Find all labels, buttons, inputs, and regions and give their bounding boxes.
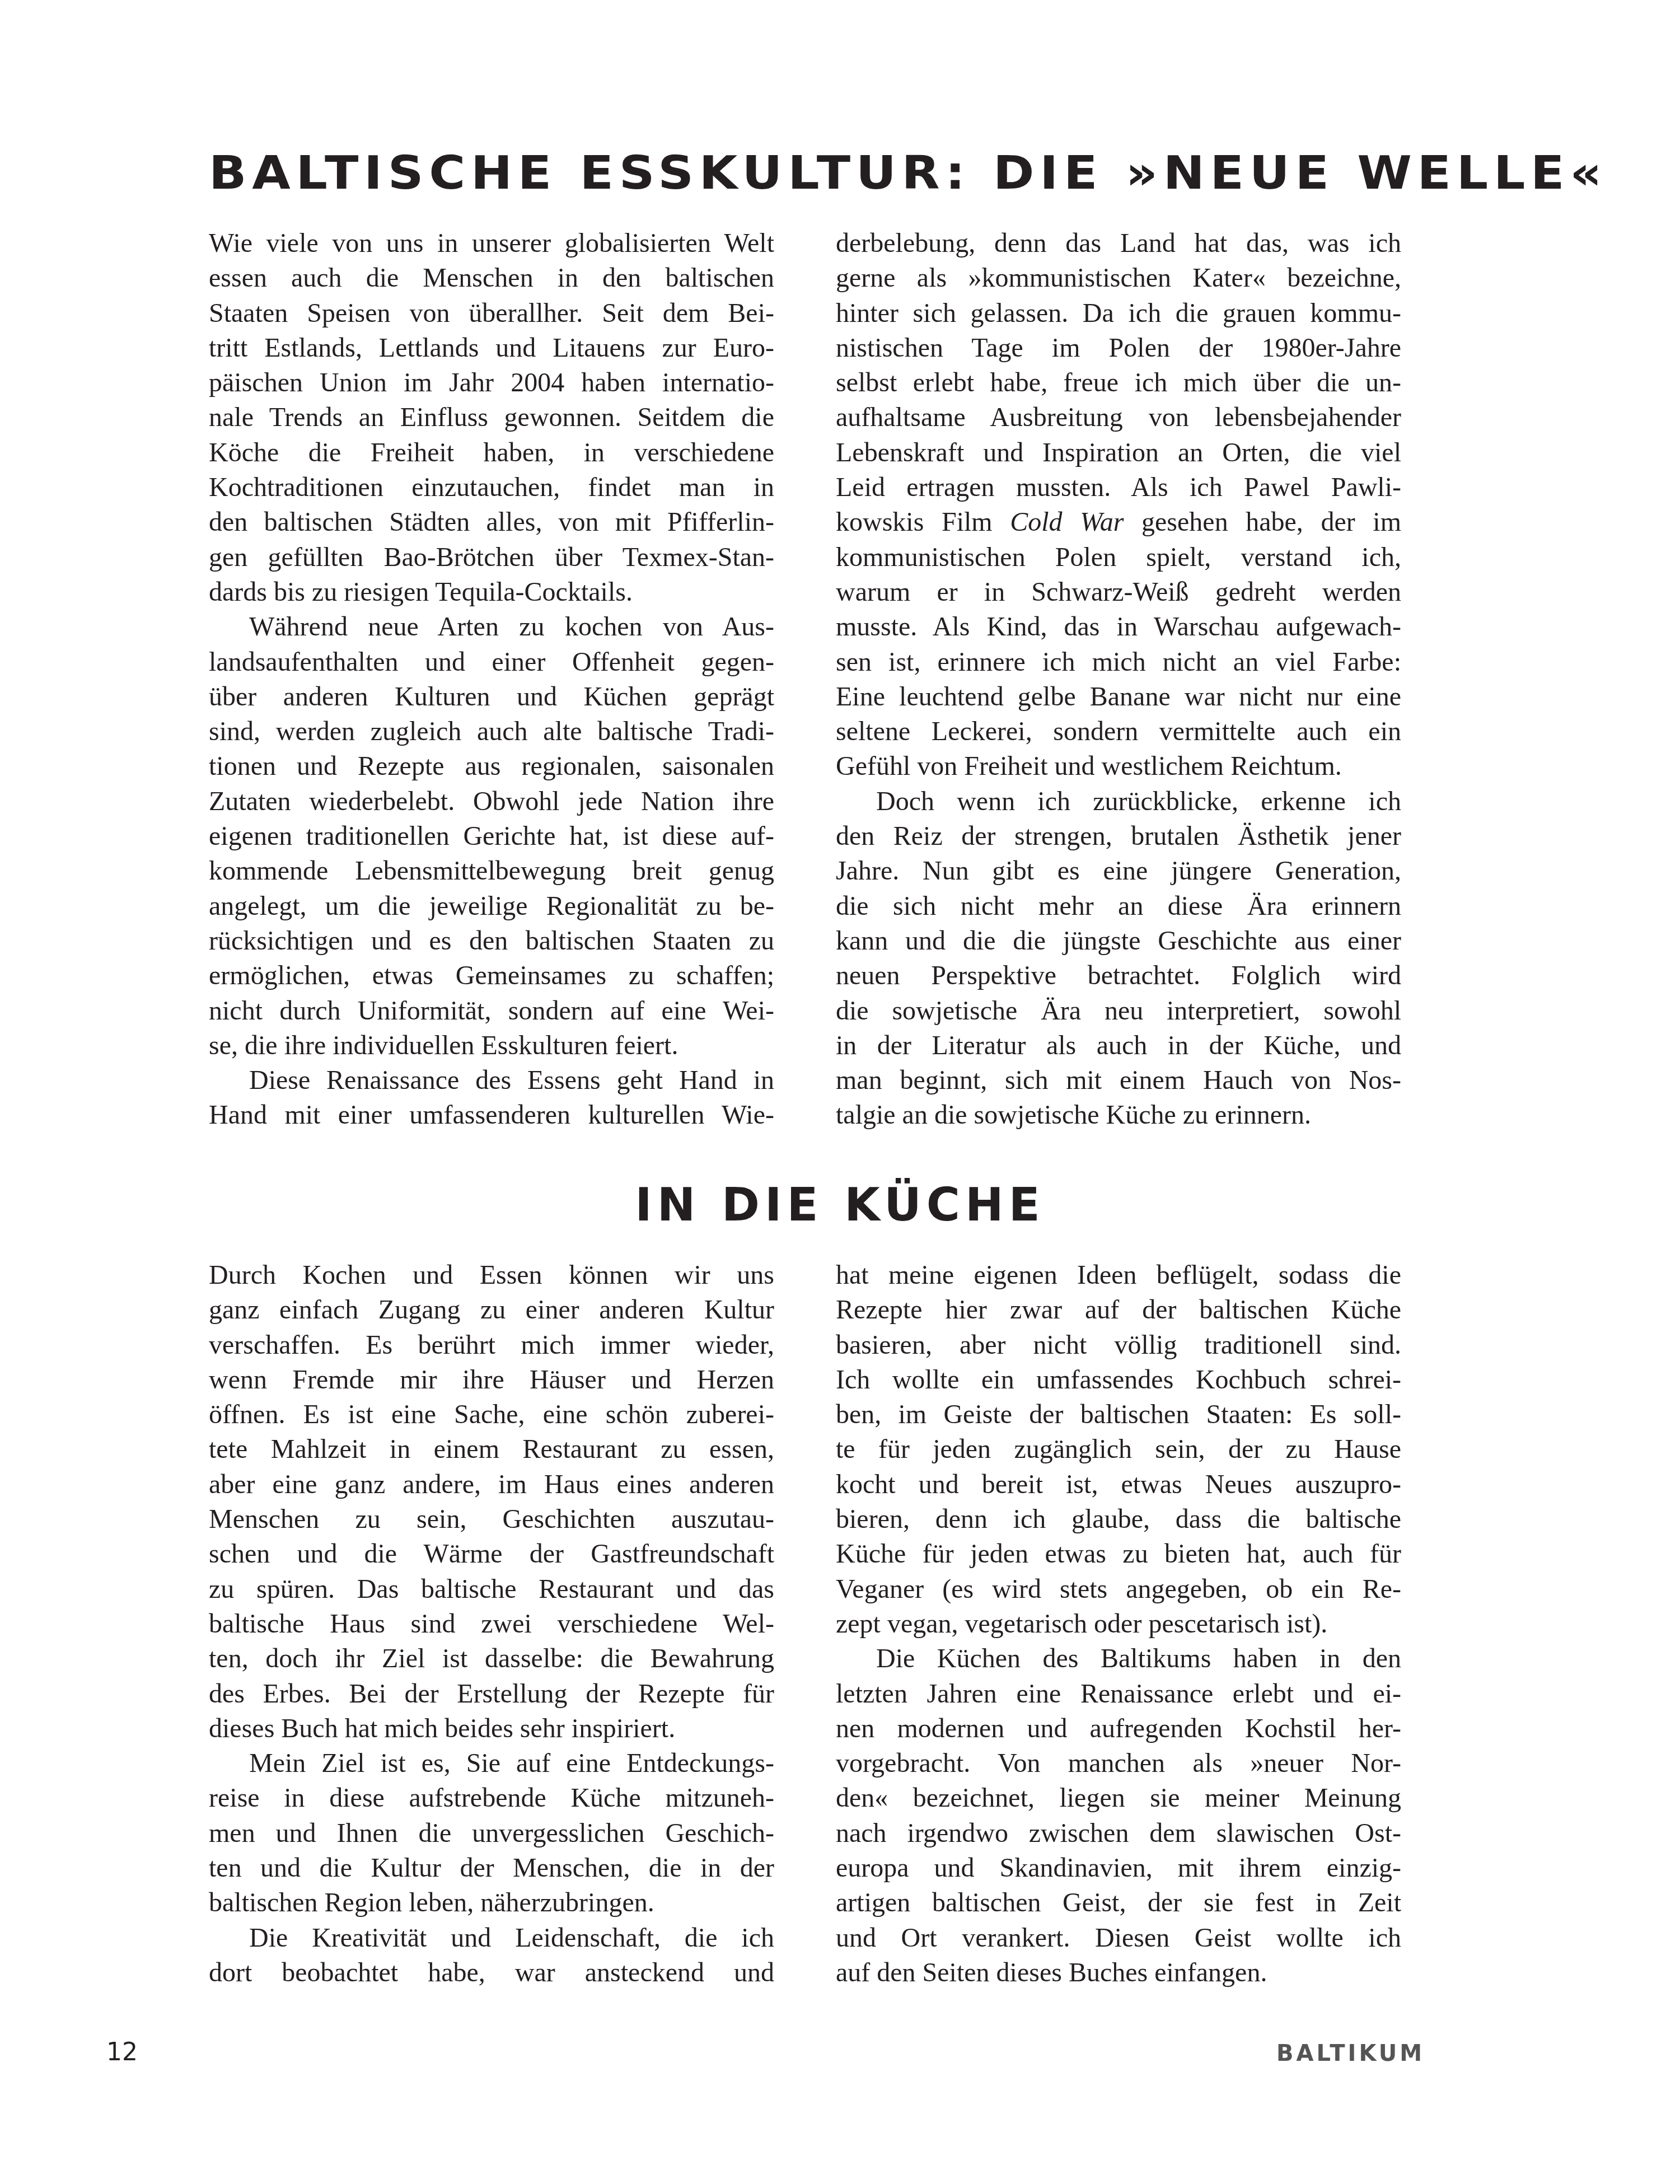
text-line: verschaffen. Es berührt mich immer wiede… bbox=[209, 1328, 774, 1363]
text-line: gerne als »kommunistischen Kater« bezeic… bbox=[836, 261, 1401, 296]
text-line: aufhaltsame Ausbreitung von lebensbejahe… bbox=[836, 400, 1401, 435]
text-line: Mein Ziel ist es, Sie auf eine Entdeckun… bbox=[209, 1746, 774, 1781]
text-line: eigenen traditionellen Gerichte hat, ist… bbox=[209, 819, 774, 854]
text-line: zept vegan, vegetarisch oder pescetarisc… bbox=[836, 1607, 1401, 1641]
text-line: hat meine eigenen Ideen beflügelt, sodas… bbox=[836, 1258, 1401, 1293]
text-line: vorgebracht. Von manchen als »neuer Nor- bbox=[836, 1746, 1401, 1781]
page-number: 12 bbox=[106, 2038, 138, 2066]
text-line: Ich wollte ein umfassendes Kochbuch schr… bbox=[836, 1363, 1401, 1397]
text-line: des Erbes. Bei der Erstellung der Rezept… bbox=[209, 1677, 774, 1711]
text-line: Kochtraditionen einzutauchen, findet man… bbox=[209, 470, 774, 505]
text-line: derbelebung, denn das Land hat das, was … bbox=[836, 226, 1401, 261]
text-line: zu spüren. Das baltische Restaurant und … bbox=[209, 1572, 774, 1607]
text-line: Die Küchen des Baltikums haben in den bbox=[836, 1641, 1401, 1676]
text-line: baltischen Region leben, näherzubringen. bbox=[209, 1886, 774, 1920]
text-line: aber eine ganz andere, im Haus eines and… bbox=[209, 1467, 774, 1502]
text-line: den Reiz der strengen, brutalen Ästhetik… bbox=[836, 819, 1401, 854]
text-line: selbst erlebt habe, freue ich mich über … bbox=[836, 366, 1401, 400]
text-line: den baltischen Städten alles, von mit Pf… bbox=[209, 505, 774, 540]
text-line: musste. Als Kind, das in Warschau aufgew… bbox=[836, 610, 1401, 644]
section1-column-left: Wie viele von uns in unserer globalisier… bbox=[209, 226, 774, 1133]
text-line: essen auch die Menschen in den baltische… bbox=[209, 261, 774, 296]
text-line: kommunistischen Polen spielt, verstand i… bbox=[836, 540, 1401, 575]
text-line: kocht und bereit ist, etwas Neues auszup… bbox=[836, 1467, 1401, 1502]
text-line: Küche für jeden etwas zu bieten hat, auc… bbox=[836, 1537, 1401, 1572]
text-line: rücksichtigen und es den baltischen Staa… bbox=[209, 924, 774, 958]
text-line: ganz einfach Zugang zu einer anderen Kul… bbox=[209, 1293, 774, 1327]
text-line: Menschen zu sein, Geschichten auszutau- bbox=[209, 1502, 774, 1537]
text-line: Lebenskraft und Inspiration an Orten, di… bbox=[836, 436, 1401, 470]
text-line: talgie an die sowjetische Küche zu erinn… bbox=[836, 1098, 1401, 1133]
text-line: se, die ihre individuellen Esskulturen f… bbox=[209, 1028, 774, 1063]
text-line: den« bezeichnet, liegen sie meiner Meinu… bbox=[836, 1781, 1401, 1816]
text-line: Die Kreativität und Leidenschaft, die ic… bbox=[209, 1921, 774, 1956]
text-line: ben, im Geiste der baltischen Staaten: E… bbox=[836, 1397, 1401, 1432]
section1-column-right: derbelebung, denn das Land hat das, was … bbox=[836, 226, 1401, 1133]
text-line: die sowjetische Ära neu interpretiert, s… bbox=[836, 994, 1401, 1028]
text-line: Veganer (es wird stets angegeben, ob ein… bbox=[836, 1572, 1401, 1607]
text-line: angelegt, um die jeweilige Regionalität … bbox=[209, 889, 774, 924]
text-line: artigen baltischen Geist, der sie fest i… bbox=[836, 1886, 1401, 1920]
text-line: und Ort verankert. Diesen Geist wollte i… bbox=[836, 1921, 1401, 1956]
text-line: ermöglichen, etwas Gemeinsames zu schaff… bbox=[209, 958, 774, 993]
text-line: Doch wenn ich zurückblicke, erkenne ich bbox=[836, 784, 1401, 819]
text-line: Köche die Freiheit haben, in verschieden… bbox=[209, 436, 774, 470]
text-line: letzten Jahren eine Renaissance erlebt u… bbox=[836, 1677, 1401, 1711]
section2-column-right: hat meine eigenen Ideen beflügelt, sodas… bbox=[836, 1258, 1401, 1990]
text-line: kowskis Film Cold War gesehen habe, der … bbox=[836, 505, 1401, 540]
running-title: BALTIKUM bbox=[1276, 2041, 1425, 2066]
text-line: nach irgendwo zwischen dem slawischen Os… bbox=[836, 1816, 1401, 1851]
text-line: ten und die Kultur der Menschen, die in … bbox=[209, 1851, 774, 1886]
text-line: tete Mahlzeit in einem Restaurant zu ess… bbox=[209, 1432, 774, 1467]
text-line: päischen Union im Jahr 2004 haben intern… bbox=[209, 366, 774, 400]
text-line: man beginnt, sich mit einem Hauch von No… bbox=[836, 1063, 1401, 1098]
section-heading-in-die-kueche: IN DIE KÜCHE bbox=[0, 1178, 1680, 1232]
text-line: Durch Kochen und Essen können wir uns bbox=[209, 1258, 774, 1293]
text-line: Wie viele von uns in unserer globalisier… bbox=[209, 226, 774, 261]
text-line: auf den Seiten dieses Buches einfangen. bbox=[836, 1956, 1401, 1990]
text-line: Staaten Speisen von überallher. Seit dem… bbox=[209, 296, 774, 331]
text-line: ten, doch ihr Ziel ist dasselbe: die Bew… bbox=[209, 1641, 774, 1676]
text-line: schen und die Wärme der Gastfreundschaft bbox=[209, 1537, 774, 1572]
text-line: seltene Leckerei, sondern vermittelte au… bbox=[836, 714, 1401, 749]
section2-column-left: Durch Kochen und Essen können wir unsgan… bbox=[209, 1258, 774, 1990]
text-line: gen gefüllten Bao-Brötchen über Texmex-S… bbox=[209, 540, 774, 575]
text-line: Eine leuchtend gelbe Banane war nicht nu… bbox=[836, 680, 1401, 714]
text-line: nistischen Tage im Polen der 1980er-Jahr… bbox=[836, 331, 1401, 366]
text-line: basieren, aber nicht völlig traditionell… bbox=[836, 1328, 1401, 1363]
text-line: warum er in Schwarz-Weiß gedreht werden bbox=[836, 575, 1401, 610]
film-title: Cold War bbox=[1010, 507, 1124, 537]
text-line: bieren, denn ich glaube, dass die baltis… bbox=[836, 1502, 1401, 1537]
text-line: sind, werden zugleich auch alte baltisch… bbox=[209, 714, 774, 749]
text-line: Zutaten wiederbelebt. Obwohl jede Nation… bbox=[209, 784, 774, 819]
text-line: nen modernen und aufregenden Kochstil he… bbox=[836, 1711, 1401, 1746]
text-line: sen ist, erinnere ich mich nicht an viel… bbox=[836, 645, 1401, 680]
text-line: tionen und Rezepte aus regionalen, saiso… bbox=[209, 749, 774, 784]
text-line: kommende Lebensmittelbewegung breit genu… bbox=[209, 854, 774, 888]
text-line: dort beobachtet habe, war ansteckend und bbox=[209, 1956, 774, 1990]
text-line: nicht durch Uniformität, sondern auf ein… bbox=[209, 994, 774, 1028]
text-line: Hand mit einer umfassenderen kulturellen… bbox=[209, 1098, 774, 1133]
text-line: in der Literatur als auch in der Küche, … bbox=[836, 1028, 1401, 1063]
text-line: Gefühl von Freiheit und westlichem Reich… bbox=[836, 749, 1401, 784]
text-line: baltische Haus sind zwei verschiedene We… bbox=[209, 1607, 774, 1641]
text-line: te für jeden zugänglich sein, der zu Hau… bbox=[836, 1432, 1401, 1467]
text-line: Rezepte hier zwar auf der baltischen Küc… bbox=[836, 1293, 1401, 1327]
text-line: europa und Skandinavien, mit ihrem einzi… bbox=[836, 1851, 1401, 1886]
text-line: tritt Estlands, Lettlands und Litauens z… bbox=[209, 331, 774, 366]
text-line: Diese Renaissance des Essens geht Hand i… bbox=[209, 1063, 774, 1098]
text-line: nale Trends an Einfluss gewonnen. Seitde… bbox=[209, 400, 774, 435]
text-line: dieses Buch hat mich beides sehr inspiri… bbox=[209, 1711, 774, 1746]
section-heading-baltische-esskultur: BALTISCHE ESSKULTUR: DIE »NEUE WELLE« bbox=[209, 147, 1607, 200]
text-line: Leid ertragen mussten. Als ich Pawel Paw… bbox=[836, 470, 1401, 505]
text-line: Jahre. Nun gibt es eine jüngere Generati… bbox=[836, 854, 1401, 888]
text-line: men und Ihnen die unvergesslichen Geschi… bbox=[209, 1816, 774, 1851]
text-line: Während neue Arten zu kochen von Aus- bbox=[209, 610, 774, 644]
text-line: hinter sich gelassen. Da ich die grauen … bbox=[836, 296, 1401, 331]
text-line: wenn Fremde mir ihre Häuser und Herzen bbox=[209, 1363, 774, 1397]
text-line: über anderen Kulturen und Küchen geprägt bbox=[209, 680, 774, 714]
text-line: die sich nicht mehr an diese Ära erinner… bbox=[836, 889, 1401, 924]
text-line: kann und die die jüngste Geschichte aus … bbox=[836, 924, 1401, 958]
text-line: öffnen. Es ist eine Sache, eine schön zu… bbox=[209, 1397, 774, 1432]
text-line: dards bis zu riesigen Tequila-Cocktails. bbox=[209, 575, 774, 610]
text-line: reise in diese aufstrebende Küche mitzun… bbox=[209, 1781, 774, 1816]
text-line: landsaufenthalten und einer Offenheit ge… bbox=[209, 645, 774, 680]
text-line: neuen Perspektive betrachtet. Folglich w… bbox=[836, 958, 1401, 993]
